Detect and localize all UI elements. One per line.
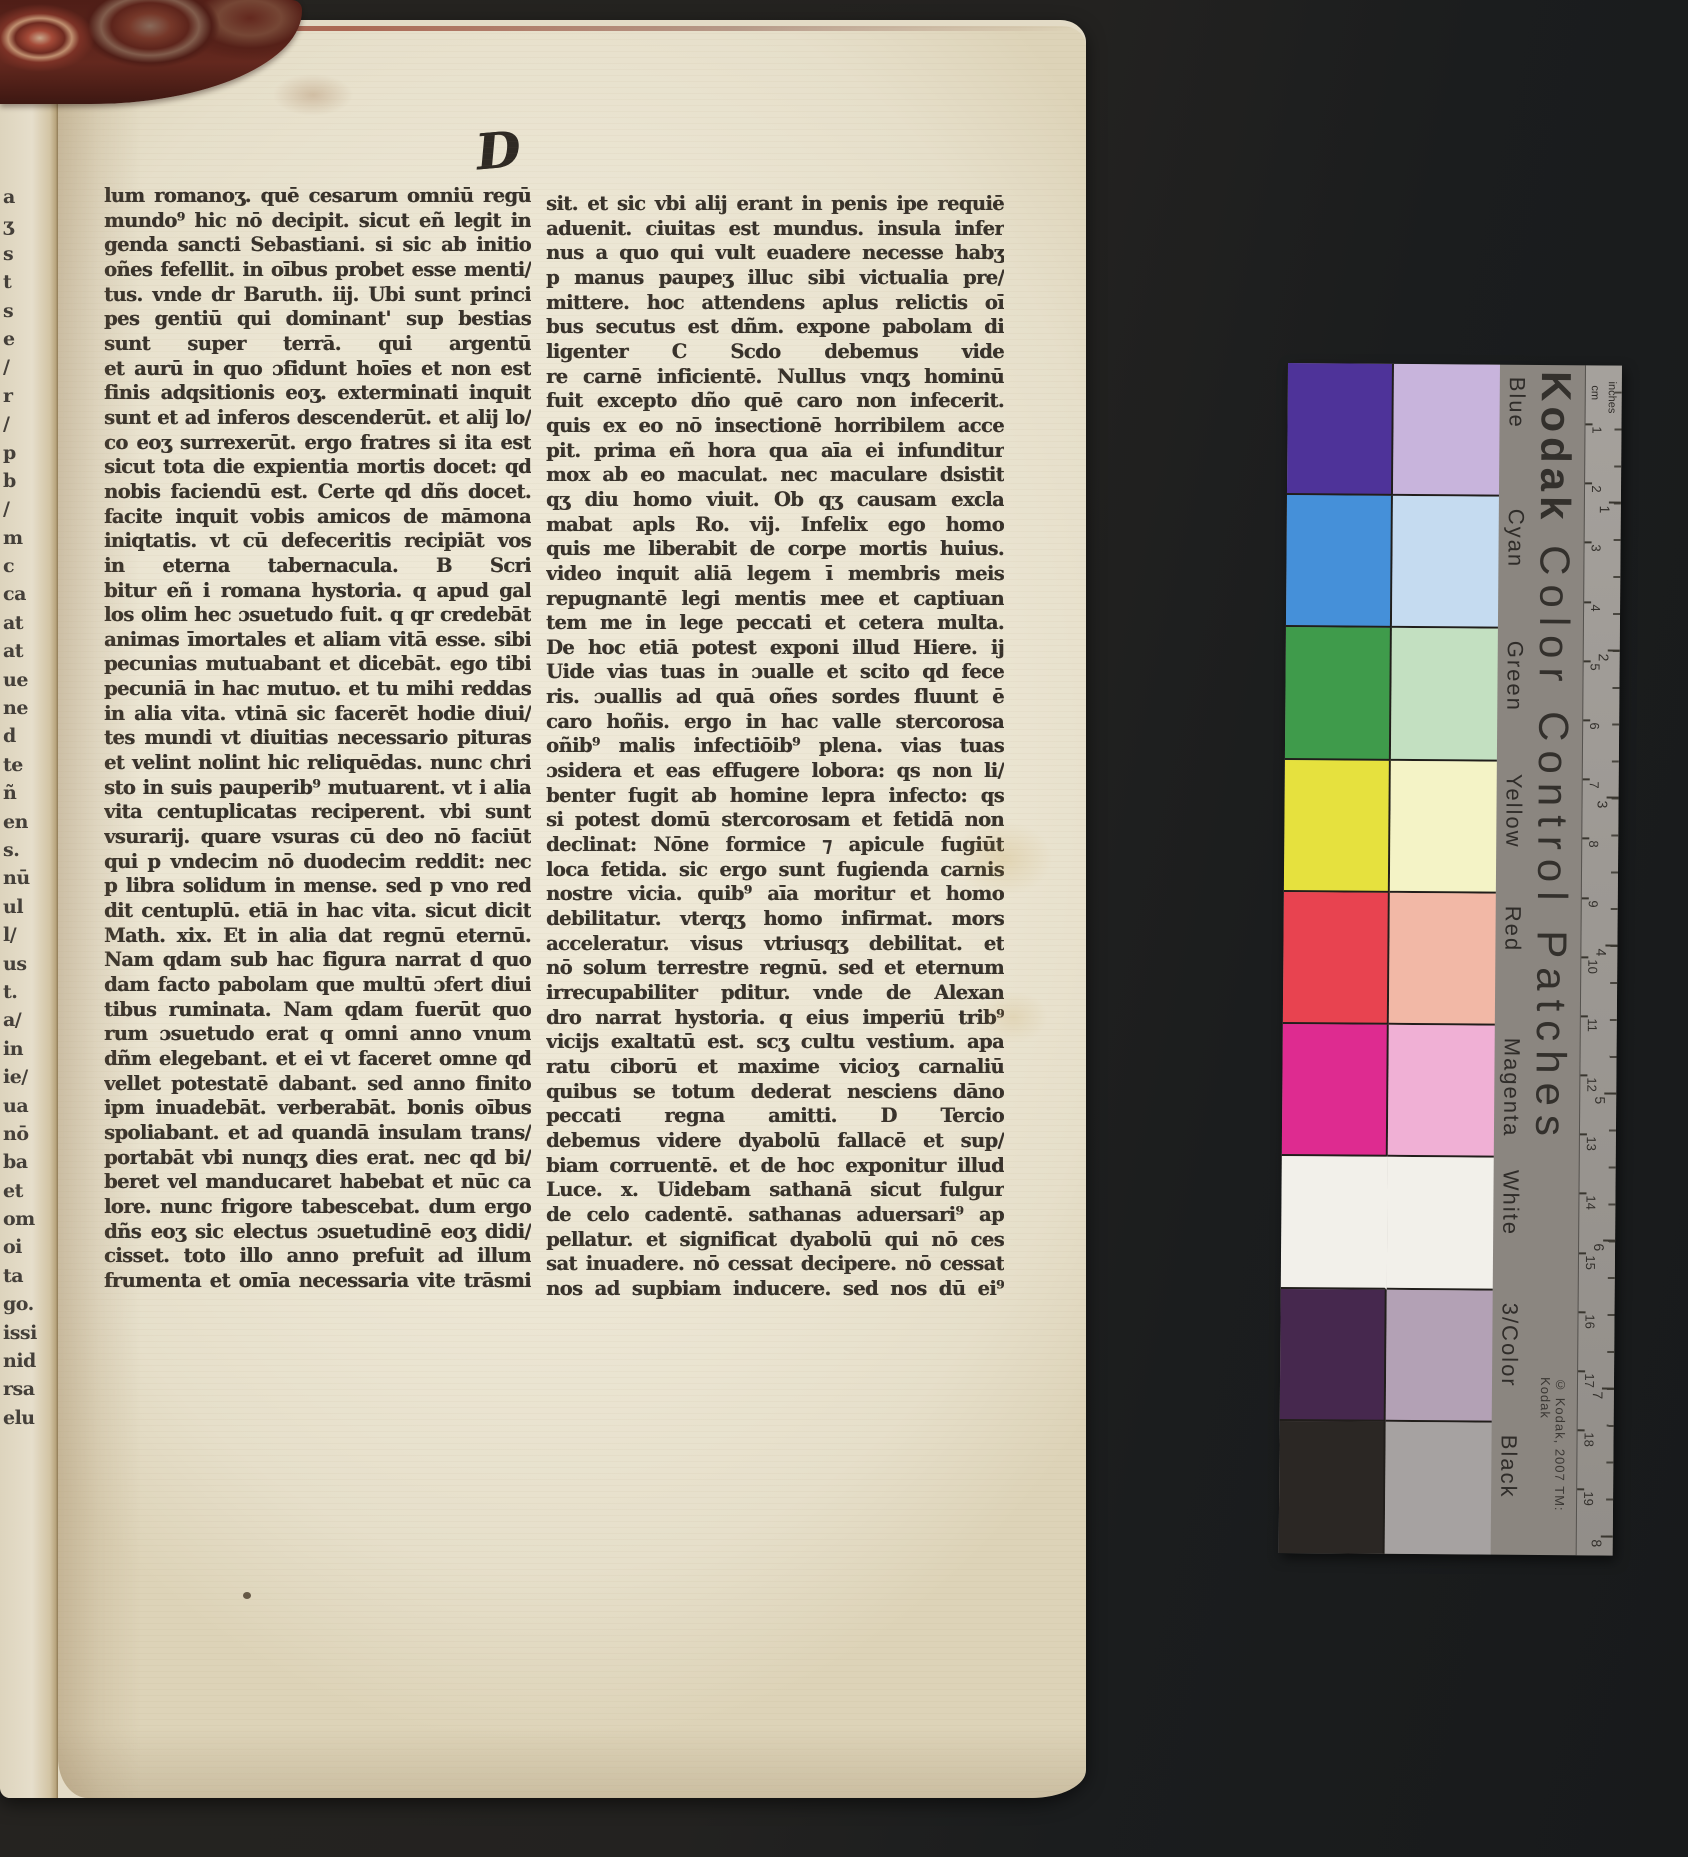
inch-tick: 6 (1597, 1240, 1615, 1388)
text-line: bitur eñ i romana hystoria. q apud gal (104, 579, 531, 604)
text-line: tes mundi vt diuitias necessario pituras (104, 726, 531, 751)
text-line: ɔsidera et eas effugere lobora: qs non l… (546, 759, 1004, 784)
text-fragment: l/ (3, 921, 37, 949)
cm-tick: 15 (1579, 1252, 1597, 1311)
text-fragment: ul (3, 893, 37, 921)
color-patch (1283, 892, 1390, 1025)
card-ruler: cm inches 1 2 3 4 5 6 7 (1576, 365, 1622, 1555)
text-fragment: te (3, 751, 37, 779)
text-fragment: ue (3, 666, 37, 694)
cm-tick: 10 (1581, 956, 1599, 1015)
color-patch (1287, 363, 1394, 496)
text-fragment: a/ (3, 1006, 37, 1034)
text-fragment: e (3, 325, 37, 353)
color-patch-tint (1385, 1422, 1492, 1555)
cm-tick: 6 (1583, 719, 1601, 778)
text-fragment: ie/ (3, 1063, 37, 1091)
text-line: fuit excepto dño quē caro non infecerit. (546, 389, 1004, 414)
text-fragment: ñ (3, 779, 37, 807)
text-line: quis me liberabit de corpe mortis huius. (546, 537, 1004, 562)
text-line: quis ex eo nō insectionē horribilem acce (546, 414, 1004, 439)
text-fragment: oi (3, 1233, 37, 1261)
text-fragment: p (3, 439, 37, 467)
text-line: oñes fefellit. in oībus probet esse ment… (104, 258, 531, 283)
cm-tick: 13 (1579, 1134, 1597, 1193)
text-line: pecunias mutuabant et dicebāt. ego tibi (104, 652, 531, 677)
manuscript-page: D lum romanoʒ. quē cesarum omniū regūmun… (58, 26, 1086, 1798)
text-line: nostre vicia. quib⁹ aīa moritur et homo (546, 882, 1004, 907)
text-line: sit. et sic vbi alij erant in penis ipe … (546, 192, 1004, 217)
text-line: dam facto pabolam que multū ɔfert diui (104, 973, 531, 998)
cm-tick: 1 (1585, 423, 1603, 482)
text-line: debemus videre dyabolū fallacē et sup/ (546, 1129, 1004, 1154)
text-fragment: c (3, 552, 37, 580)
text-fragment: d (3, 722, 37, 750)
text-line: sunt et ad inferos descenderūt. et alij … (104, 406, 531, 431)
text-line: pit. prima eñ hora qua aīa ei infunditur (546, 439, 1004, 464)
text-line: dro narrat hystoria. q eius imperiū trib… (546, 1006, 1004, 1031)
text-line: mundo⁹ hic nō decipit. sicut eñ legit in… (104, 209, 531, 234)
color-patch (1285, 627, 1392, 760)
signature-letter: D (474, 124, 522, 178)
text-line: Uide vias tuas in ɔualle et scito qd fec… (546, 660, 1004, 685)
text-line: acceleratur. visus vtriusqʒ debilitat. e… (546, 932, 1004, 957)
patch-row-label: Red (1499, 906, 1525, 953)
text-line: qʒ diu homo viuit. Ob qʒ causam excla (546, 488, 1004, 513)
cm-tick: 4 (1584, 601, 1602, 660)
text-line: et velint nolint hic reliquēdas. nunc ch… (104, 751, 531, 776)
text-line: animas īmortales et aliam vitā esse. sib… (104, 628, 531, 653)
text-fragment: t. (3, 978, 37, 1006)
text-line: de celo cadentē. sathanas aduersari⁹ ap (546, 1203, 1004, 1228)
text-line: pes gentiū qui dominant' sup bestias que (104, 307, 531, 332)
text-line: nus a quo qui vult euadere necesse habʒ (546, 241, 1004, 266)
text-fragment: ʒ (3, 211, 37, 239)
text-fragment: ua (3, 1092, 37, 1120)
text-fragment: r (3, 382, 37, 410)
text-line: si potest domū stercorosam et fetidā non (546, 808, 1004, 833)
text-line: p libra solidum in mense. sed p vno red (104, 874, 531, 899)
patch-row-label: White (1497, 1170, 1524, 1236)
text-line: tus. vnde dr Baruth. iij. Ubi sunt princ… (104, 283, 531, 308)
text-fragment: ca (3, 580, 37, 608)
text-fragment: / (3, 495, 37, 523)
text-fragment: s (3, 240, 37, 268)
text-line: video inquit aliā legem ī membris meis (546, 562, 1004, 587)
card-title-rest: Color Control Patches (1527, 524, 1579, 1145)
text-line: pecuniā in hac mutuo. et tu mihi reddas (104, 677, 531, 702)
previous-page-edge: aʒstse/r/pb/mccaatatuenedteñens.nūull/us… (0, 20, 58, 1798)
color-patch-tint (1389, 893, 1496, 1026)
text-column-right: sit. et sic vbi alij erant in penis ipe … (546, 192, 1004, 1302)
text-line: re carnē inficientē. Nullus vnqʒ hominū (546, 365, 1004, 390)
text-fragment: m (3, 524, 37, 552)
text-fragment: us (3, 950, 37, 978)
color-patch (1280, 1289, 1387, 1422)
text-line: Math. xix. Et in alia dat regnū eternū. (104, 924, 531, 949)
text-line: Nam qdam sub hac figura narrat d quo (104, 948, 531, 973)
text-line: iniqtatis. vt cū defeceritis recipiāt vo… (104, 529, 531, 554)
text-line: declinat: Nōne formice ⁊ apicule fugiūt (546, 833, 1004, 858)
text-fragment: elu (3, 1404, 37, 1432)
text-line: spoliabant. et ad quandā insulam trans/ (104, 1121, 531, 1146)
inch-tick: 1 (1603, 501, 1621, 649)
patch-row-label: Magenta (1498, 1038, 1525, 1138)
color-patch-tint (1387, 1157, 1494, 1290)
inch-tick: 4 (1599, 945, 1617, 1093)
cm-tick: 9 (1581, 897, 1599, 956)
text-line: biam corruentē. et de hoc exponitur illu… (546, 1154, 1004, 1179)
text-line: p manus paupeʒ illuc sibi victualia pre/ (546, 266, 1004, 291)
color-patch (1284, 760, 1391, 893)
patch-row-label: Green (1501, 641, 1528, 712)
text-fragment: go. (3, 1290, 37, 1318)
color-patch (1281, 1156, 1388, 1289)
inch-tick: 2 (1602, 649, 1620, 797)
text-line: rum ɔsuetudo erat q omni anno vnum (104, 1022, 531, 1047)
text-line: De hoc etiā potest exponi illud Hiere. i… (546, 636, 1004, 661)
text-fragment: et (3, 1177, 37, 1205)
text-line: aduenit. ciuitas est mundus. insula infe… (546, 217, 1004, 242)
text-fragment: en (3, 808, 37, 836)
text-line: dit centuplū. etiā in hac vita. sicut di… (104, 899, 531, 924)
inch-tick: 3 (1600, 797, 1618, 945)
text-line: dñm elegebant. et ei vt faceret omne qd (104, 1047, 531, 1072)
patch-row-label: Blue (1503, 377, 1529, 429)
text-line: vicijs exaltatū est. scʒ cultu vestium. … (546, 1030, 1004, 1055)
text-line: los olim hec ɔsuetudo fuit. q qr credebā… (104, 603, 531, 628)
text-line: debilitatur. vterqʒ homo infirmat. mors (546, 907, 1004, 932)
text-line: ipm inuadebāt. verberabāt. bonis oībus (104, 1096, 531, 1121)
color-patch (1282, 1024, 1389, 1157)
text-fragment: a (3, 183, 37, 211)
text-line: sunt super terrā. qui argentū thesaurisā… (104, 332, 531, 357)
text-line: et aurū in quo ɔfidunt hoīes et non est (104, 357, 531, 382)
text-line: lum romanoʒ. quē cesarum omniū regū (104, 184, 531, 209)
text-line: vsurarij. quare vsuras cū deo nō faciūt (104, 825, 531, 850)
patch-row-label: Yellow (1500, 773, 1527, 848)
text-fragment: in (3, 1035, 37, 1063)
text-fragment: nid (3, 1347, 37, 1375)
cm-tick: 16 (1578, 1311, 1596, 1370)
color-patch-tint (1392, 496, 1499, 629)
text-line: quibus se totum dederat nesciens dāno (546, 1080, 1004, 1105)
color-patch-tint (1393, 364, 1500, 497)
text-line: Luce. x. Uidebam sathanā sicut fulgur (546, 1178, 1004, 1203)
text-fragment: s. (3, 836, 37, 864)
text-line: finis adqsitionis eoʒ. exterminati inqui… (104, 381, 531, 406)
text-line: nobis faciendū est. Certe qd dñs docet. (104, 480, 531, 505)
text-fragment: nō (3, 1120, 37, 1148)
text-fragment: / (3, 410, 37, 438)
color-patch-tint (1386, 1289, 1493, 1422)
color-patch (1279, 1421, 1386, 1554)
cm-tick: 5 (1583, 660, 1601, 719)
text-line: bus secutus est dñm. expone pabolam di (546, 315, 1004, 340)
text-line: tibus ruminata. Nam qdam fuerūt quo (104, 998, 531, 1023)
text-line: co eoʒ surrexerūt. ergo fratres si ita e… (104, 431, 531, 456)
text-line: vita centuplicatas reciperent. vbi sunt (104, 800, 531, 825)
patch-row-label: Cyan (1502, 509, 1528, 569)
text-line: in alia vita. vtinā sic facerēt hodie di… (104, 702, 531, 727)
text-line: ligenter C Scdo debemus vide (546, 340, 1004, 365)
text-column-left: lum romanoʒ. quē cesarum omniū regūmundo… (104, 184, 531, 1294)
text-fragment: at (3, 609, 37, 637)
text-line: beret vel manducaret habebat et nūc ca (104, 1170, 531, 1195)
paper-stain (273, 74, 353, 116)
text-line: oñib⁹ malis infectiōib⁹ plena. vias tuas (546, 734, 1004, 759)
card-copyright: © Kodak, 2007 TM: Kodak (1537, 1377, 1568, 1555)
text-line: mabat apls Ro. vij. Infelix ego homo (546, 513, 1004, 538)
kodak-color-card: Blue Cyan Green Yellow Red (1279, 363, 1622, 1556)
text-line: nos ad supbiam inducere. sed nos dū ei⁹ (546, 1277, 1004, 1302)
text-line: frumenta et omīa necessaria vite trāsmi (104, 1269, 531, 1294)
text-line: lore. nunc frigore tabescebat. dum ergo (104, 1195, 531, 1220)
text-line: peccati regna amitti. D Tercio (546, 1104, 1004, 1129)
text-line: tem me in lege peccati et cetera multa. (546, 611, 1004, 636)
text-fragment: t (3, 268, 37, 296)
text-line: sat inuadere. nō cessat decipere. nō ces… (546, 1252, 1004, 1277)
text-line: mittere. hoc attendens aplus relictis oī (546, 291, 1004, 316)
text-line: sto in suis pauperib⁹ mutuarent. vt i al… (104, 776, 531, 801)
color-patch (1286, 495, 1393, 628)
patch-row-label: 3/Color (1496, 1302, 1523, 1387)
patch-row-label: Black (1495, 1434, 1522, 1498)
text-line: qui p vndecim nō duodecim reddit: nec (104, 850, 531, 875)
cm-tick: 18 (1577, 1429, 1595, 1488)
text-line: ris. ɔuallis ad quā oñes sordes fluunt ē (546, 685, 1004, 710)
cm-tick: 3 (1584, 542, 1602, 601)
text-fragment: nū (3, 864, 37, 892)
text-line: cisset. toto illo anno prefuit ad illum … (104, 1244, 531, 1269)
text-fragment: ba (3, 1148, 37, 1176)
text-line: repugnantē legi mentis mee et captiuan (546, 587, 1004, 612)
inch-tick: 8 (1595, 1535, 1613, 1555)
paper-speck (243, 1592, 251, 1599)
text-line: genda sancti Sebastiani. si sic ab initi… (104, 233, 531, 258)
text-fragment: b (3, 467, 37, 495)
cm-tick: 11 (1580, 1015, 1598, 1074)
inch-tick: 7 (1596, 1388, 1614, 1536)
text-line: portabāt vbi nunqʒ dies erat. nec qd bi/ (104, 1146, 531, 1171)
text-fragment: / (3, 353, 37, 381)
text-line: in eterna tabernacula. B Scri (104, 554, 531, 579)
text-line: mox ab eo maculat. nec maculare dsistit (546, 463, 1004, 488)
book-page-block: aʒstse/r/pb/mccaatatuenedteñens.nūull/us… (0, 20, 1086, 1798)
text-fragment: ne (3, 694, 37, 722)
text-line: facite inquit vobis amicos de māmona (104, 505, 531, 530)
text-line: benter fugit ab homine lepra infecto: qs (546, 784, 1004, 809)
text-line: sicut tota die expientia mortis docet: q… (104, 455, 531, 480)
card-title: Kodak Color Control Patches (1526, 371, 1578, 1431)
text-line: vellet potestatē dabant. sed anno finito (104, 1072, 531, 1097)
cm-tick: 8 (1582, 838, 1600, 897)
text-fragment: s (3, 297, 37, 325)
color-patch-tint (1391, 628, 1498, 761)
text-line: loca fetida. sic ergo sunt fugienda carn… (546, 858, 1004, 883)
kodak-brand: Kodak (1532, 371, 1580, 525)
text-line: ratu ciborū et maxime vicioʒ carnaliū (546, 1055, 1004, 1080)
color-patch-tint (1390, 760, 1497, 893)
photograph-background: aʒstse/r/pb/mccaatatuenedteñens.nūull/us… (0, 0, 1688, 1857)
text-line: nō solum terrestre regnū. sed et eternum (546, 956, 1004, 981)
color-patch-tint (1388, 1025, 1495, 1158)
text-line: irrecupabiliter pditur. vnde de Alexan (546, 981, 1004, 1006)
text-fragment: issi (3, 1319, 37, 1347)
text-line: dñs eoʒ sic electus ɔsuetudinē eoʒ didi/ (104, 1220, 531, 1245)
cm-label: cm (1589, 385, 1601, 400)
inch-tick: 5 (1598, 1092, 1616, 1240)
text-line: pellatur. et significat dyabolū qui nō c… (546, 1228, 1004, 1253)
text-line: caro hoñis. ergo in hac valle stercorosa (546, 710, 1004, 735)
cm-tick: 17 (1578, 1370, 1596, 1429)
text-fragment: at (3, 637, 37, 665)
text-fragment: om (3, 1205, 37, 1233)
cut-off-text-column: aʒstse/r/pb/mccaatatuenedteñens.nūull/us… (3, 183, 37, 1432)
text-fragment: rsa (3, 1375, 37, 1403)
text-fragment: ta (3, 1262, 37, 1290)
color-patches-grid (1279, 363, 1500, 1555)
